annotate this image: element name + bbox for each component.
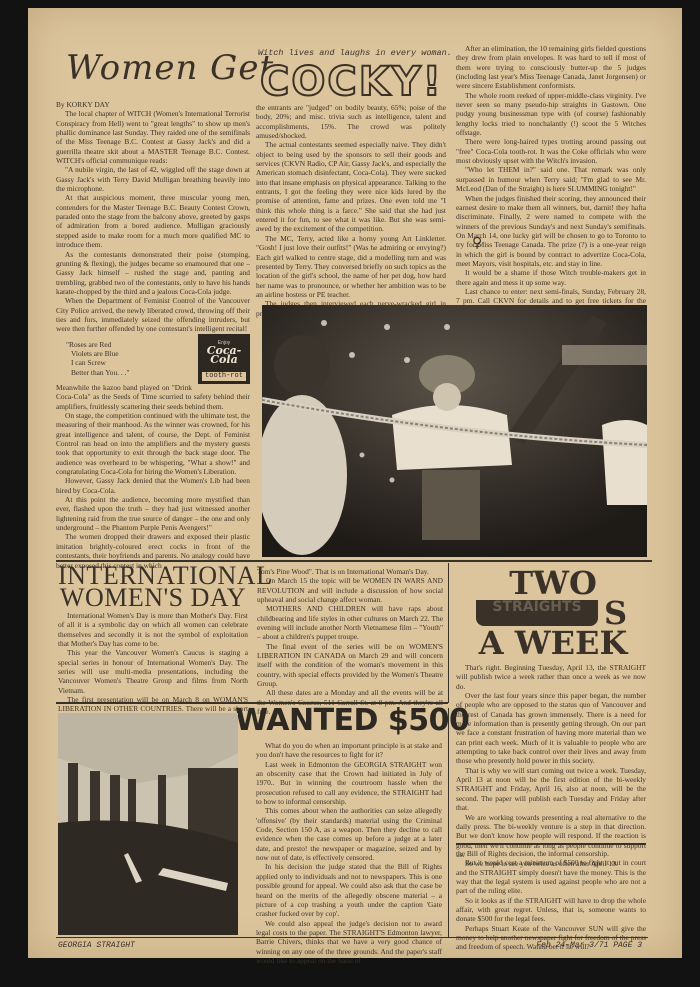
paragraph: This year the Vancouver Women's Caucus i…	[58, 648, 248, 695]
column-divider	[448, 708, 449, 938]
coca-cola-tooth-rot-ad: Enjoy Coca-Cola tooth-rot	[198, 334, 250, 384]
paragraph: On March 15 the topic will be WOMEN IN W…	[257, 576, 443, 604]
paragraph: Over the last four years since this pape…	[456, 691, 646, 766]
iwd-article-col2: Tom's Pine Wood". That is on Internation…	[257, 567, 443, 717]
paragraph: But it would cost a minimum of $500 to f…	[456, 858, 646, 895]
paragraph: When the Department of Feminist Control …	[56, 296, 250, 333]
two-a-week-s: S	[604, 598, 627, 628]
photo-room-icon	[58, 713, 238, 935]
paragraph: We could also appeal the judge's decisio…	[256, 919, 442, 966]
newspaper-page: Women Get Witch lives and laughs in ever…	[28, 8, 682, 958]
wanted-500-headline: WANTED $500	[235, 705, 469, 737]
wrecked-room-photo	[58, 713, 238, 935]
paragraph: There were long-haired types trotting ar…	[456, 137, 646, 165]
paragraph: At that auspicious moment, three muscula…	[56, 193, 250, 249]
footer-date-page: Feb 24–Mar 3/71 PAGE 3	[536, 941, 642, 950]
headline-tagline: Witch lives and laughs in every woman.	[258, 48, 452, 58]
paragraph: the Bill of Rights decision, the informa…	[456, 849, 646, 858]
witch-article-col1: By KORKY DAY The local chapter of WITCH …	[56, 100, 250, 570]
witch-article-col2: the entrants are "judged" on bodily beau…	[256, 103, 446, 318]
paragraph: The MC, Terry, acted like a horny young …	[256, 234, 446, 299]
paragraph: MOTHERS AND CHILDREN will have raps abou…	[257, 604, 443, 641]
paragraph: International Women's Day is more than M…	[58, 611, 248, 648]
paragraph: So it looks as if the STRAIGHT will have…	[456, 896, 646, 924]
paragraph: After an elimination, the 10 remaining g…	[456, 44, 646, 91]
witch-article-col3: After an elimination, the 10 remaining g…	[456, 44, 646, 315]
column-divider	[448, 563, 449, 703]
paragraph: This comes about when the authorities ca…	[256, 806, 442, 862]
headline-women-get: Women Get	[66, 48, 274, 88]
footer-rule	[56, 937, 648, 938]
paragraph: At this point the audience, becoming mor…	[56, 495, 250, 532]
paragraph: Meanwhile the kazoo band played on "Drin…	[56, 383, 250, 411]
coca-cola-logo-icon: Coca-Cola	[198, 346, 250, 365]
byline: By KORKY DAY	[56, 100, 250, 109]
two-a-week-article: That's right. Beginning Tuesday, April 1…	[456, 663, 646, 869]
paragraph: "A nubile virgin, the last of 42, wiggle…	[56, 165, 250, 193]
paragraph: "Who let THEM in?" said one. That remark…	[456, 165, 646, 193]
paragraph: Last week in Edmonton the GEORGIA STRAIG…	[256, 760, 442, 807]
section-divider	[456, 843, 646, 845]
paragraph: In his decision the judge stated that th…	[256, 862, 442, 918]
iwd-article-col1: INTERNATIONAL WOMEN'S DAY International …	[58, 565, 248, 723]
two-a-week-line3: A WEEK	[458, 628, 648, 658]
paragraph: That's right. Beginning Tuesday, April 1…	[456, 663, 646, 691]
paragraph: However, Gassy Jack denied that the Wome…	[56, 476, 250, 495]
paragraph: As the contestants demonstrated their po…	[56, 250, 250, 297]
paragraph: It would be a shame if those Witch troub…	[456, 268, 646, 287]
headline-cocky: COCKY!	[260, 60, 443, 104]
paragraph: Tom's Pine Wood". That is on Internation…	[257, 567, 443, 576]
paragraph: That is why we will start coming out twi…	[456, 766, 646, 813]
two-a-week-line2: STRAIGHTS S	[458, 598, 648, 628]
paragraph: When the judges finished their scoring, …	[456, 194, 646, 269]
wanted-article-col1: What do you do when an important princip…	[256, 741, 442, 965]
contestants-in-ring-photo	[262, 305, 647, 557]
paragraph: The actual contestants seemed especially…	[256, 140, 446, 233]
paragraph: The final event of the series will be on…	[257, 642, 443, 689]
two-a-week-headline: TWO STRAIGHTS S A WEEK	[458, 568, 648, 658]
paragraph: What do you do when an important princip…	[256, 741, 442, 760]
ad-caption: tooth-rot	[202, 372, 246, 381]
photo-contestants-icon	[262, 305, 647, 557]
obscured-word: STRAIGHTS	[476, 600, 598, 626]
paragraph: the entrants are "judged" on bodily beau…	[256, 103, 446, 140]
paragraph: The whole room reeked of upper-middle-cl…	[456, 91, 646, 138]
footer-paper-name: GEORGIA STRAIGHT	[58, 941, 135, 950]
paragraph: On stage, the competition continued with…	[56, 411, 250, 476]
iwd-title: INTERNATIONAL WOMEN'S DAY	[58, 565, 248, 609]
iwd-title-line2: WOMEN'S DAY	[58, 587, 248, 609]
paragraph: The local chapter of WITCH (Women's Inte…	[56, 109, 250, 165]
